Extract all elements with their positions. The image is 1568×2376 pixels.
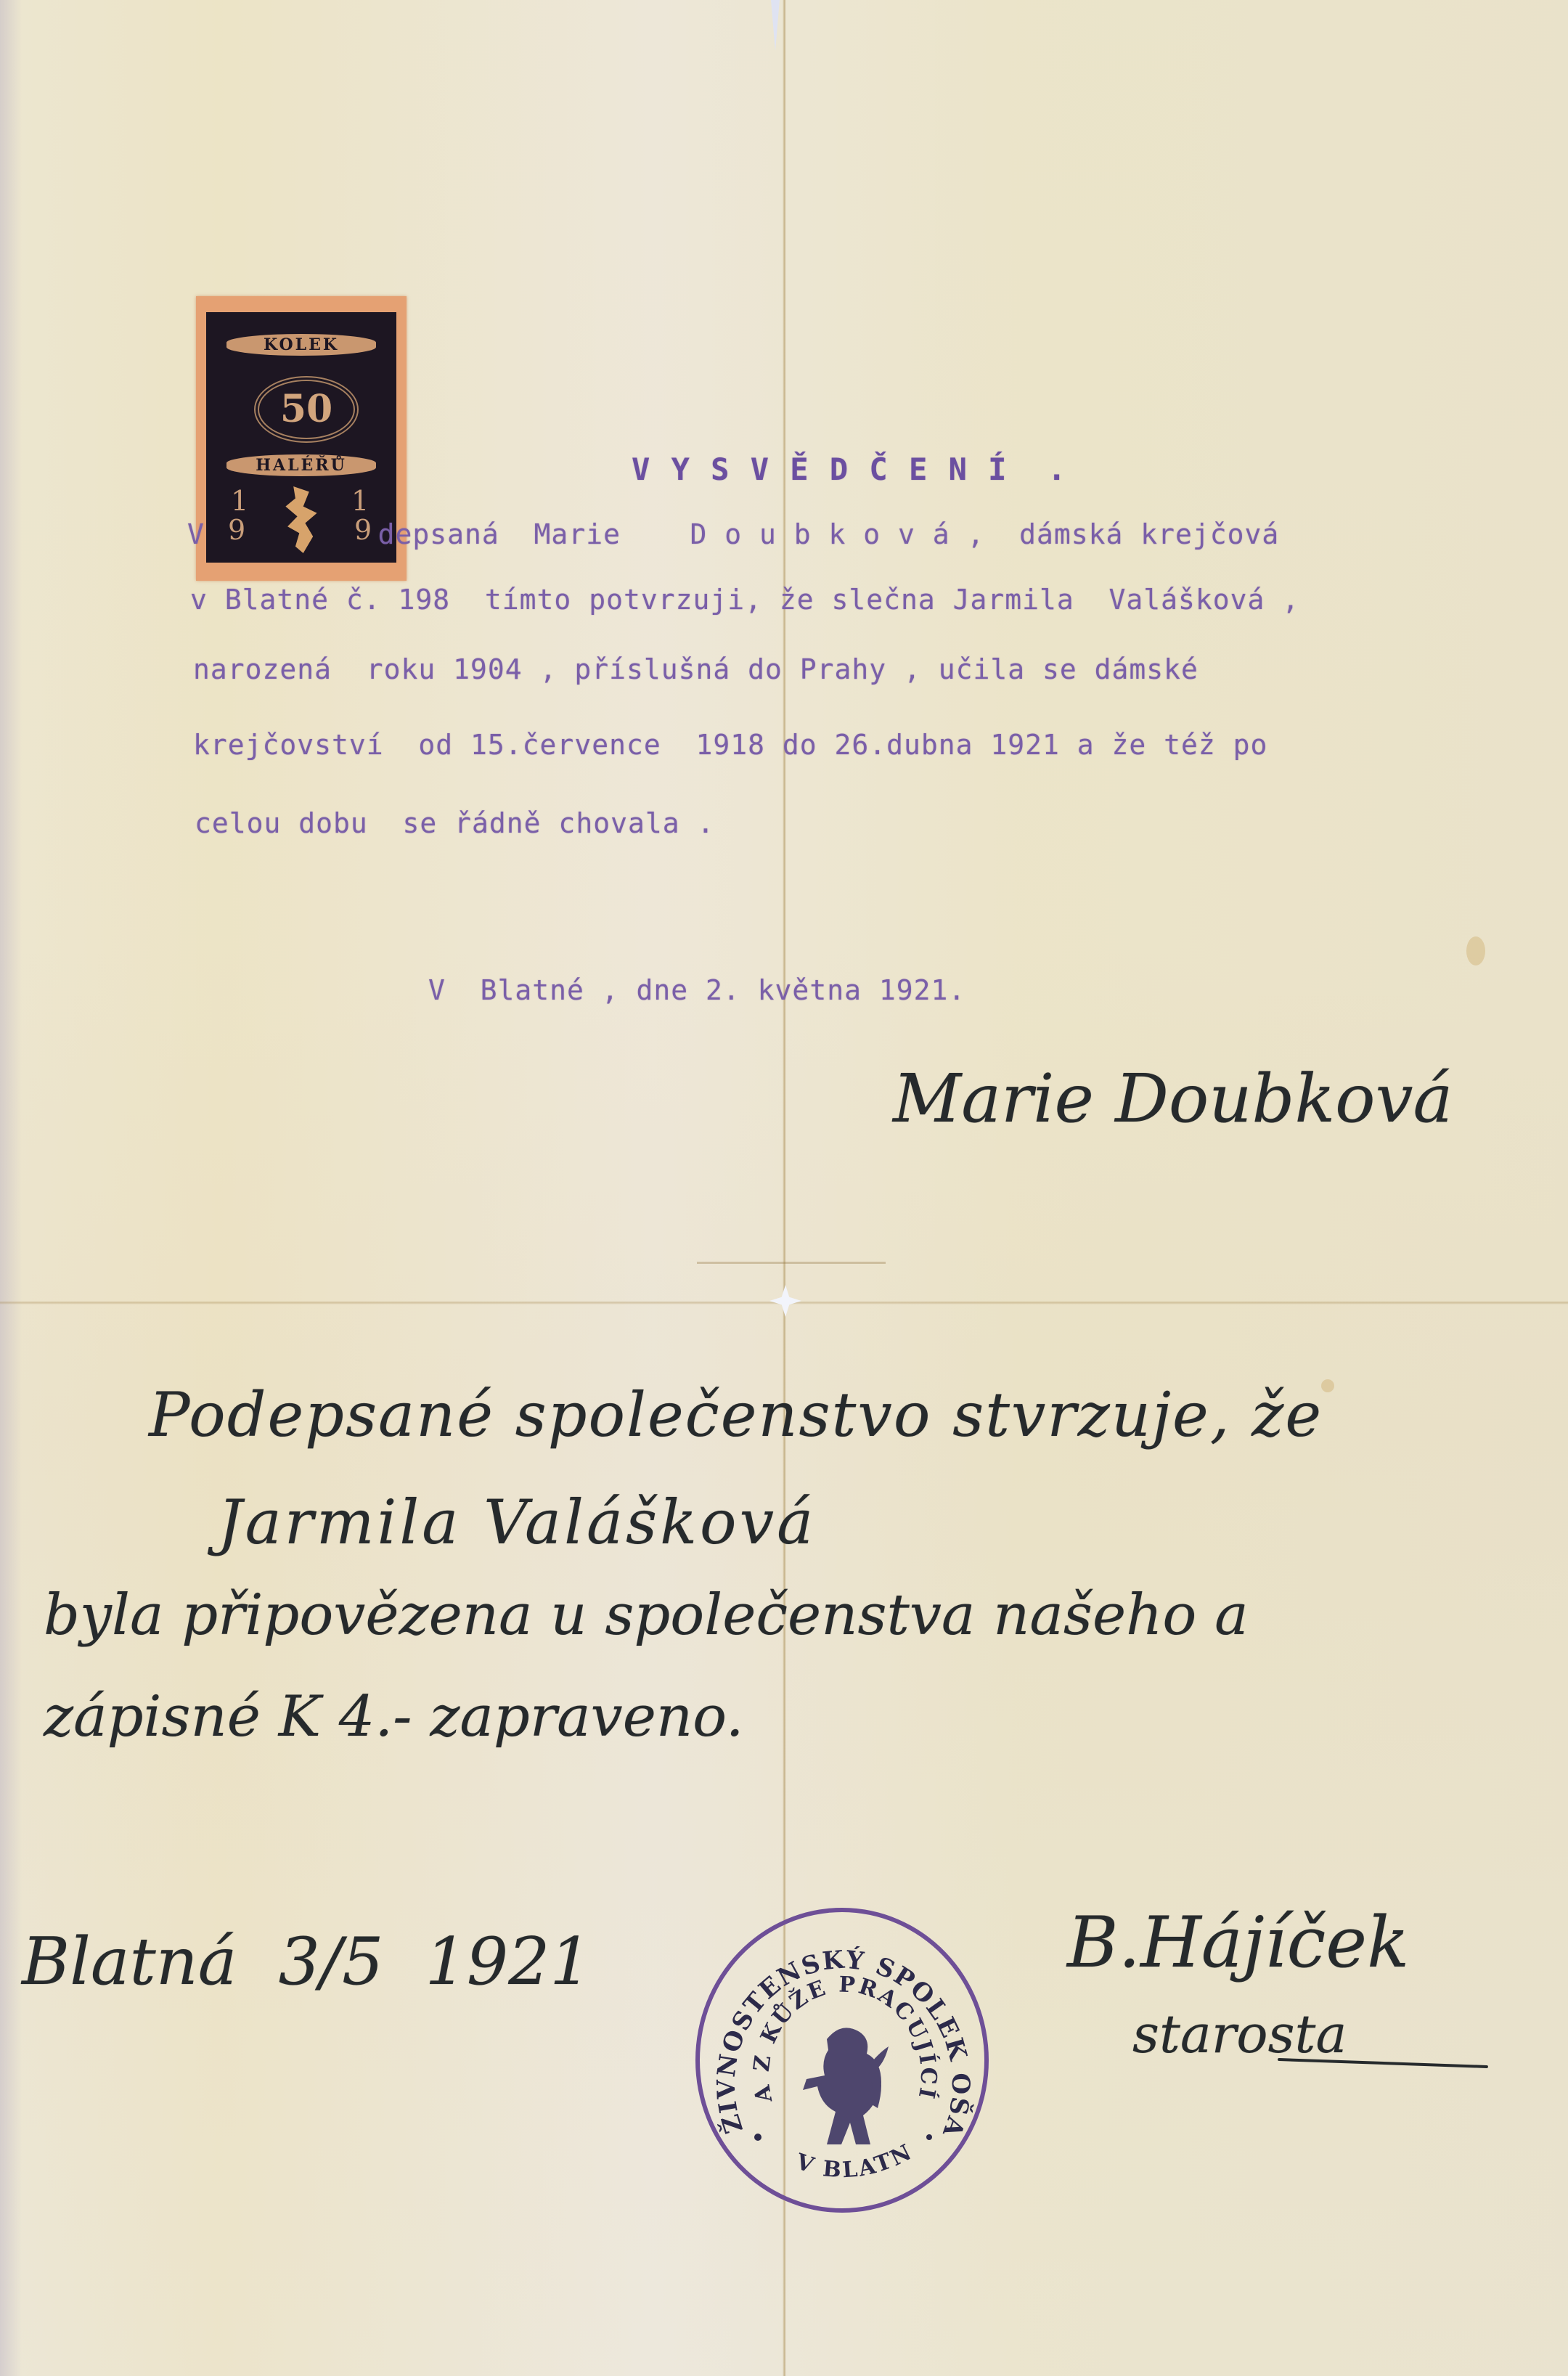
- typed-line: narozená roku 1904 , příslušná do Prahy …: [193, 653, 1199, 685]
- signature-chairman-title: starosta: [1132, 2004, 1347, 2065]
- seal-dot: [754, 2134, 761, 2141]
- typed-line: celou dobu se řádně chovala .: [195, 807, 714, 839]
- typed-line: V depsaná Marie D o u b k o v á , dámská…: [187, 518, 1279, 550]
- signature-marie-doubkova: Marie Doubková: [893, 1060, 1453, 1138]
- revenue-stamp-year-digit: 1: [351, 485, 369, 517]
- handwritten-place-date: Blatná 3/5 1921: [22, 1924, 592, 2000]
- stain: [1321, 1379, 1334, 1392]
- association-seal: ŽIVNOSTENSKÝ SPOLEK OŠACUJÍCÍ A Z KŮŽE P…: [695, 1908, 989, 2213]
- czech-lion-icon: [803, 2028, 889, 2144]
- revenue-stamp-value: 50: [254, 376, 359, 443]
- handwritten-line: Podepsané společenstvo stvrzuje, že: [149, 1379, 1323, 1450]
- revenue-stamp-year-digit: 1: [231, 485, 248, 517]
- top-tear: [771, 0, 780, 51]
- typed-line: krejčovství od 15.července 1918 do 26.du…: [193, 729, 1267, 761]
- seal-dot: [926, 2134, 932, 2140]
- revenue-stamp-top-band: KOLEK: [226, 334, 376, 356]
- signature-chairman: B.Hájíček: [1067, 1902, 1409, 1983]
- handwritten-line: zápisné K 4.- zapraveno.: [44, 1684, 744, 1750]
- typed-line: v Blatné č. 198 tímto potvrzuji, že sleč…: [190, 584, 1299, 616]
- revenue-stamp-bottom-band: HALÉŘŮ: [226, 454, 376, 476]
- fold-crease: [697, 1262, 886, 1264]
- stain: [1466, 936, 1485, 965]
- document-title: V Y S V Ě D Č E N Í .: [632, 452, 1067, 487]
- handwritten-line: Jarmila Valášková: [218, 1487, 816, 1558]
- seal-artwork: ŽIVNOSTENSKÝ SPOLEK OŠACUJÍCÍ A Z KŮŽE P…: [700, 1912, 984, 2208]
- handwritten-line: byla připovězena u společenstva našeho a: [44, 1583, 1249, 1648]
- typed-date-line: V Blatné , dne 2. května 1921.: [428, 974, 965, 1006]
